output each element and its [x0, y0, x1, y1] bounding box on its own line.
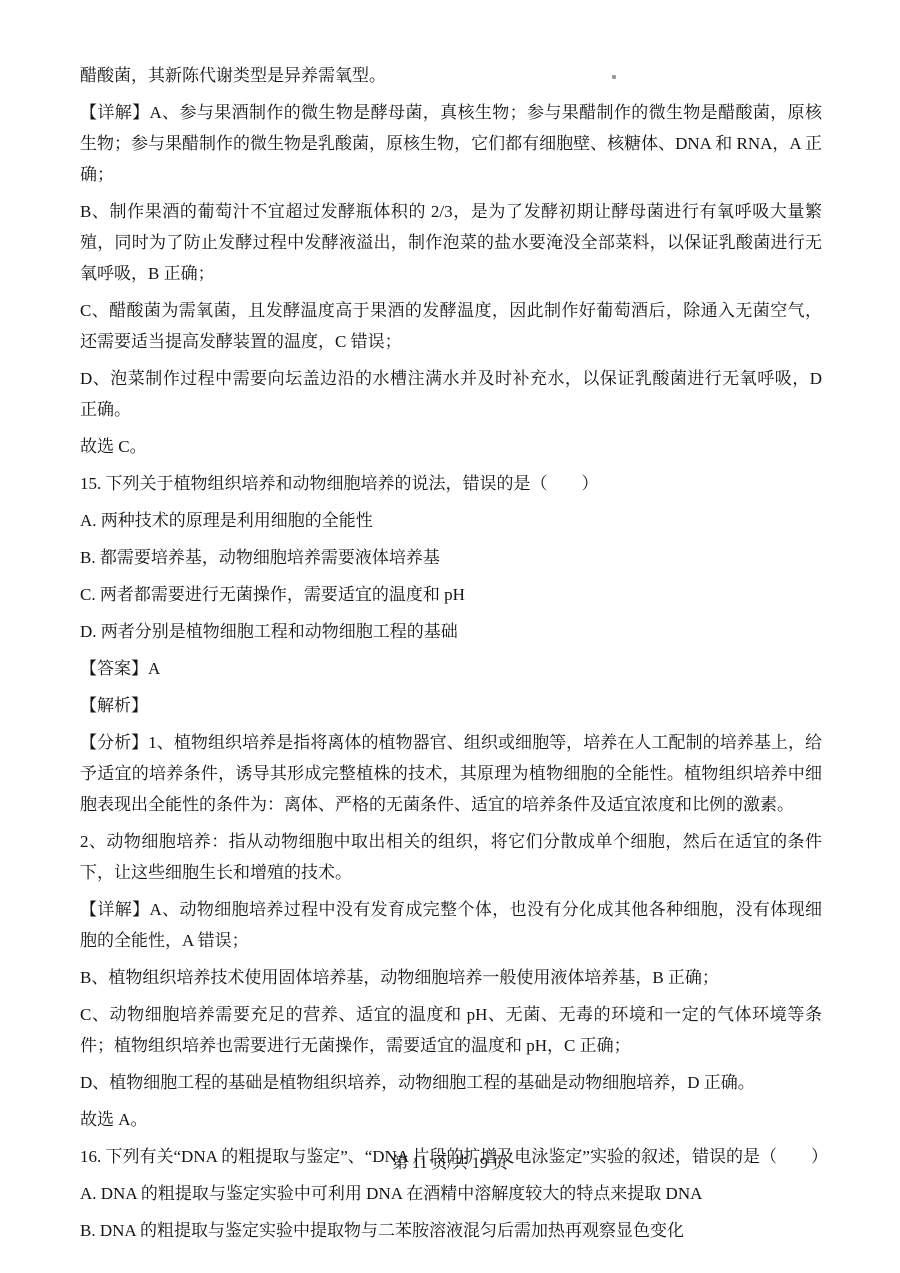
question-15-stem: 15. 下列关于植物组织培养和动物细胞培养的说法，错误的是（ ） [80, 468, 822, 499]
q15-option-b: B. 都需要培养基，动物细胞培养需要液体培养基 [80, 542, 822, 573]
q14-explanation-tail: 醋酸菌，其新陈代谢类型是异养需氧型。 [80, 60, 822, 91]
q15-option-d: D. 两者分别是植物细胞工程和动物细胞工程的基础 [80, 616, 822, 647]
q15-analysis-header: 【解析】 [80, 690, 822, 721]
q15-detail-option-b: B、植物组织培养技术使用固体培养基，动物细胞培养一般使用液体培养基，B 正确； [80, 962, 822, 993]
q15-answer: 【答案】A [80, 653, 822, 684]
page-number: 第 11 页/共 19 页 [0, 1153, 900, 1175]
q15-detail-option-a: 【详解】A、动物细胞培养过程中没有发育成完整个体，也没有分化成其他各种细胞，没有… [80, 894, 822, 956]
q15-detail-option-d: D、植物细胞工程的基础是植物组织培养，动物细胞工程的基础是动物细胞培养，D 正确… [80, 1067, 822, 1098]
q15-option-c: C. 两者都需要进行无菌操作，需要适宜的温度和 pH [80, 579, 822, 610]
q14-detail-option-a: 【详解】A、参与果酒制作的微生物是酵母菌，真核生物；参与果醋制作的微生物是醋酸菌… [80, 97, 822, 190]
q16-option-a: A. DNA 的粗提取与鉴定实验中可利用 DNA 在酒精中溶解度较大的特点来提取… [80, 1178, 822, 1209]
q15-conclusion: 故选 A。 [80, 1104, 822, 1135]
q15-detail-option-c: C、动物细胞培养需要充足的营养、适宜的温度和 pH、无菌、无毒的环境和一定的气体… [80, 999, 822, 1061]
document-body: 醋酸菌，其新陈代谢类型是异养需氧型。 【详解】A、参与果酒制作的微生物是酵母菌，… [80, 60, 822, 1252]
q15-analysis-point-2: 2、动物细胞培养：指从动物细胞中取出相关的组织，将它们分散成单个细胞，然后在适宜… [80, 826, 822, 888]
q14-detail-option-d: D、泡菜制作过程中需要向坛盖边沿的水槽注满水并及时补充水，以保证乳酸菌进行无氧呼… [80, 363, 822, 425]
document-page: 醋酸菌，其新陈代谢类型是异养需氧型。 【详解】A、参与果酒制作的微生物是酵母菌，… [0, 0, 900, 1273]
q14-detail-option-c: C、醋酸菌为需氧菌，且发酵温度高于果酒的发酵温度，因此制作好葡萄酒后，除通入无菌… [80, 295, 822, 357]
q14-conclusion: 故选 C。 [80, 431, 822, 462]
q15-option-a: A. 两种技术的原理是利用细胞的全能性 [80, 505, 822, 536]
q16-option-b: B. DNA 的粗提取与鉴定实验中提取物与二苯胺溶液混匀后需加热再观察显色变化 [80, 1215, 822, 1246]
q15-analysis-point-1: 【分析】1、植物组织培养是指将离体的植物器官、组织或细胞等，培养在人工配制的培养… [80, 727, 822, 820]
q14-detail-option-b: B、制作果酒的葡萄汁不宜超过发酵瓶体积的 2/3，是为了发酵初期让酵母菌进行有氧… [80, 196, 822, 289]
